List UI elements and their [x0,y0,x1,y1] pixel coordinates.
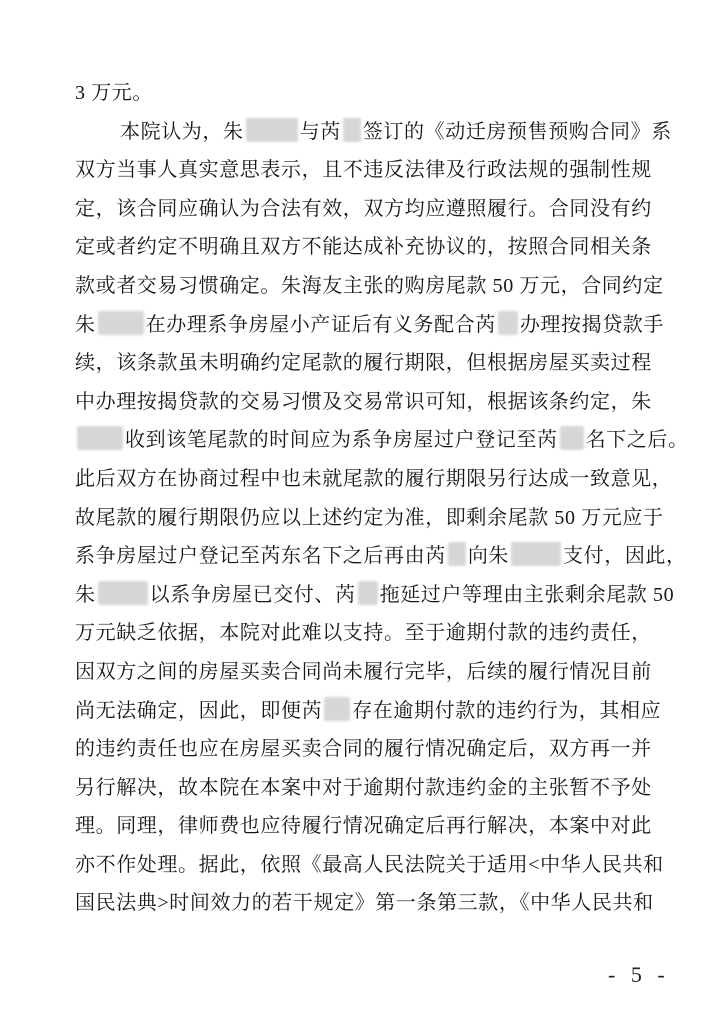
text-line-15: 万元缺乏依据，本院对此难以支持。至于逾期付款的违约责任， [75,614,663,653]
text-line-5: 定或者约定不明确且双方不能达成补充协议的，按照合同相关条 [75,228,663,267]
text-segment: 存在逾期付款的违约行为，其相应 [352,700,661,722]
text-segment: 双方当事人真实意思表示，且不违反法律及行政法规的强制性规 [75,159,652,181]
document-page: 3 万元。本院认为，朱与芮签订的《动迁房预售预购合同》系双方当事人真实意思表示，… [0,0,724,1024]
text-line-4: 定，该合同应确认为合法有效，双方均应遵照履行。合同没有约 [75,190,663,229]
text-line-20: 理。同理，律师费也应待履行情况确定后再行解决，本案中对此 [75,807,663,846]
redaction-blur [511,542,561,566]
text-segment: 尚无法确定，因此，即便芮 [75,700,322,722]
text-segment: 中办理按揭贷款的交易习惯及交易常识可知，根据该条约定，朱 [75,391,652,413]
text-segment: 办理按揭贷款手 [520,314,664,336]
text-segment: 与芮 [300,121,341,143]
text-line-13: 系争房屋过户登记至芮东名下之后再由芮向朱支付，因此， [75,537,663,576]
text-line-12: 故尾款的履行期限仍应以上述约定为准，即剩余尾款 50 万元应于 [75,499,663,538]
text-segment: 理。同理，律师费也应待履行情况确定后再行解决，本案中对此 [75,815,652,837]
text-segment: 定或者约定不明确且双方不能达成补充协议的，按照合同相关条 [75,236,652,258]
text-segment: 以系争房屋已交付、芮 [150,584,356,606]
text-segment: 万元缺乏依据，本院对此难以支持。至于逾期付款的违约责任， [75,622,652,644]
text-segment: 亦不作处理。据此，依照《最高人民法院关于适用<中华人民共和 [75,854,664,876]
text-segment: 续，该条款虽未明确约定尾款的履行期限，但根据房屋买卖过程 [75,352,652,374]
redaction-blur [448,542,466,566]
text-segment: 向朱 [468,545,509,567]
page-number: - 5 - [608,960,670,990]
redaction-blur [343,118,361,142]
text-line-8: 续，该条款虽未明确约定尾款的履行期限，但根据房屋买卖过程 [75,344,663,383]
text-segment: 3 万元。 [75,82,153,104]
text-segment: 朱 [75,314,96,336]
redaction-blur [98,311,144,335]
text-line-18: 的违约责任也应在房屋买卖合同的履行情况确定后，双方再一并 [75,730,663,769]
text-segment: 在办理系争房屋小产证后有义务配合芮 [146,314,496,336]
text-segment: 本院认为，朱 [120,121,244,143]
redaction-blur [560,426,584,450]
text-line-2: 本院认为，朱与芮签订的《动迁房预售预购合同》系 [75,113,663,152]
text-segment: 拖延过户等理由主张剩余尾款 50 [380,584,675,606]
text-line-7: 朱在办理系争房屋小产证后有义务配合芮办理按揭贷款手 [75,306,663,345]
text-segment: 因双方之间的房屋买卖合同尚未履行完毕，后续的履行情况目前 [75,661,652,683]
text-line-22: 国民法典>时间效力的若干规定》第一条第三款，《中华人民共和 [75,884,663,923]
text-line-1: 3 万元。 [75,74,663,113]
redaction-blur [358,581,378,605]
text-segment: 支付，因此， [563,545,687,567]
text-segment: 朱 [75,584,96,606]
text-segment: 国民法典>时间效力的若干规定》第一条第三款，《中华人民共和 [75,892,654,914]
redaction-blur [98,581,148,605]
text-line-10: 收到该笔尾款的时间应为系争房屋过户登记至芮名下之后。 [75,421,663,460]
text-line-17: 尚无法确定，因此，即便芮存在逾期付款的违约行为，其相应 [75,692,663,731]
redaction-blur [498,311,518,335]
redaction-blur [77,426,123,450]
text-segment: 故尾款的履行期限仍应以上述约定为准，即剩余尾款 50 万元应于 [75,507,664,529]
text-segment: 签订的《动迁房预售预购合同》系 [363,121,672,143]
text-line-9: 中办理按揭贷款的交易习惯及交易常识可知，根据该条约定，朱 [75,383,663,422]
text-segment: 款或者交易习惯确定。朱海友主张的购房尾款 50 万元，合同约定 [75,275,664,297]
text-segment: 收到该笔尾款的时间应为系争房屋过户登记至芮 [125,429,558,451]
text-line-14: 朱以系争房屋已交付、芮拖延过户等理由主张剩余尾款 50 [75,576,663,615]
text-line-6: 款或者交易习惯确定。朱海友主张的购房尾款 50 万元，合同约定 [75,267,663,306]
redaction-blur [324,697,350,721]
document-body: 3 万元。本院认为，朱与芮签订的《动迁房预售预购合同》系双方当事人真实意思表示，… [75,74,663,923]
text-line-11: 此后双方在协商过程中也未就尾款的履行期限另行达成一致意见， [75,460,663,499]
text-segment: 系争房屋过户登记至芮东名下之后再由芮 [75,545,446,567]
redaction-blur [246,118,298,142]
text-line-19: 另行解决，故本院在本案中对于逾期付款违约金的主张暂不予处 [75,769,663,808]
text-segment: 的违约责任也应在房屋买卖合同的履行情况确定后，双方再一并 [75,738,652,760]
text-segment: 另行解决，故本院在本案中对于逾期付款违约金的主张暂不予处 [75,777,652,799]
text-segment: 定，该合同应确认为合法有效，双方均应遵照履行。合同没有约 [75,198,652,220]
text-line-3: 双方当事人真实意思表示，且不违反法律及行政法规的强制性规 [75,151,663,190]
text-segment: 名下之后。 [586,429,689,451]
text-line-21: 亦不作处理。据此，依照《最高人民法院关于适用<中华人民共和 [75,846,663,885]
text-segment: 此后双方在协商过程中也未就尾款的履行期限另行达成一致意见， [75,468,672,490]
text-line-16: 因双方之间的房屋买卖合同尚未履行完毕，后续的履行情况目前 [75,653,663,692]
